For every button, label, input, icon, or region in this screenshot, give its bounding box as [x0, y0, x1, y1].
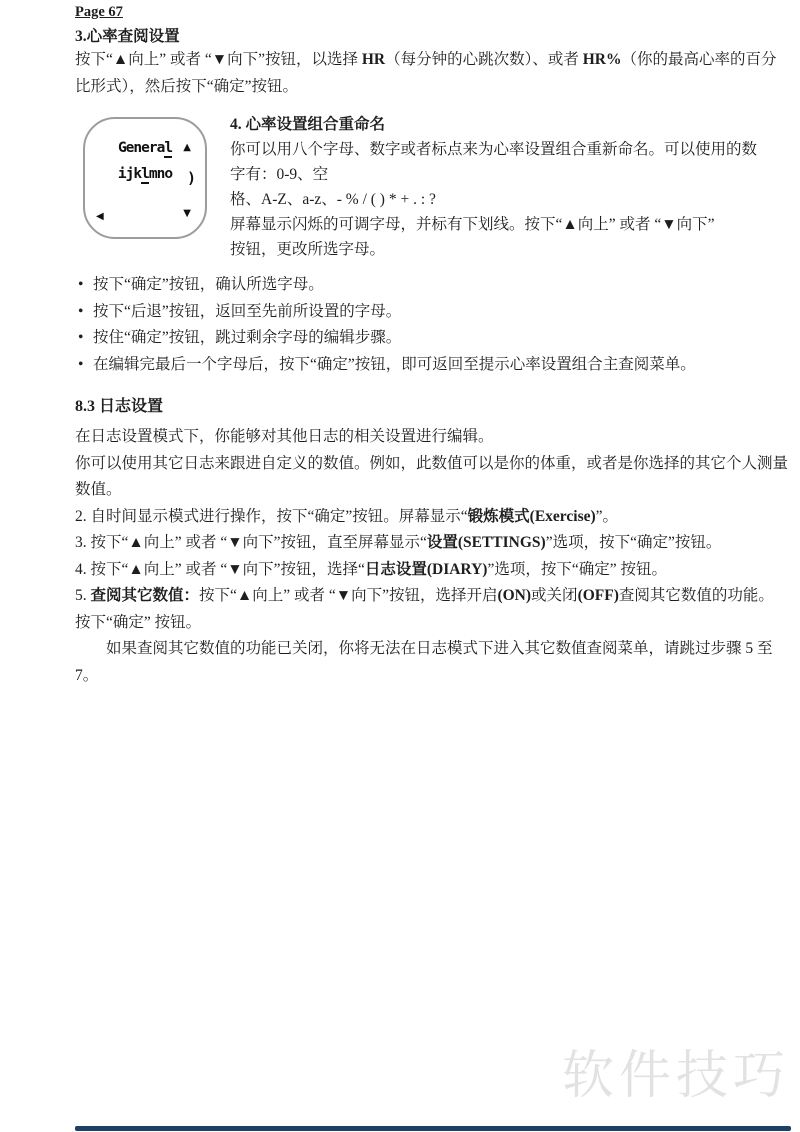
section83-paragraph-2: 你可以使用其它日志来跟进自定义的数值。例如，此数值可以是你的体重，或者是你选择的… [75, 451, 789, 504]
step-5: 5. 查阅其它数值：按下“▲向上” 或者 “▼向下”按钮，选择开启(ON)或关闭… [75, 583, 789, 636]
watch-lcd-display: General ijklmno ▲ ) ▼ ◀ [83, 117, 207, 239]
settings-term: 设置(SETTINGS) [427, 534, 546, 551]
document-page: Page 67 3.心率查阅设置 按下“▲向上” 或者 “▼向下”按钮，以选择 … [75, 3, 789, 689]
list-item: 按下“后退”按钮，返回至先前所设置的字母。 [75, 299, 789, 326]
watermark-text: 软件技巧 [562, 1048, 790, 1104]
section4-line: 格、A-Z、a-z、- % / ( ) * + . : ? [230, 187, 788, 212]
off-term: (OFF) [578, 587, 619, 604]
section3-title: 3.心率查阅设置 [75, 26, 789, 47]
hr-term: HR [362, 51, 385, 68]
step-2: 2. 自时间显示模式进行操作，按下“确定”按钮。屏幕显示“锻炼模式(Exerci… [75, 504, 789, 531]
step-3: 3. 按下“▲向上” 或者 “▼向下”按钮，直至屏幕显示“设置(SETTINGS… [75, 530, 789, 557]
exercise-mode-term: 锻炼模式(Exercise) [468, 508, 596, 525]
section4-line: 字有：0-9、空 [230, 162, 788, 187]
view-other-values-term: 查阅其它数值： [91, 587, 200, 604]
list-item: 按下“确定”按钮，确认所选字母。 [75, 272, 789, 299]
down-arrow-icon: ▼ [183, 209, 191, 219]
section4-title: 4. 心率设置组合重命名 [230, 113, 788, 137]
section3-paragraph: 按下“▲向上” 或者 “▼向下”按钮，以选择 HR（每分钟的心跳次数）、或者 H… [75, 47, 789, 100]
step-4: 4. 按下“▲向上” 或者 “▼向下”按钮，选择“日志设置(DIARY)”选项，… [75, 557, 789, 584]
selected-letter-underline: l [141, 166, 149, 184]
on-term: (ON) [497, 587, 531, 604]
section83-paragraph-1: 在日志设置模式下，你能够对其他日志的相关设置进行编辑。 [75, 424, 789, 451]
left-arrow-icon: ◀ [96, 212, 104, 222]
section4-row: General ijklmno ▲ ) ▼ ◀ 4. 心率设置组合重命名 你可以… [75, 113, 789, 262]
page-bottom-edge [75, 1126, 791, 1131]
up-arrow-icon: ▲ [183, 143, 191, 153]
section4-line: 你可以用八个字母、数字或者标点来为心率设置组合重新命名。可以使用的数 [230, 137, 788, 162]
page-number-heading: Page 67 [75, 3, 789, 21]
list-item: 按住“确定”按钮，跳过剩余字母的编辑步骤。 [75, 325, 789, 352]
selected-letter-underline: l [164, 140, 172, 158]
list-item: 在编辑完最后一个字母后，按下“确定”按钮，即可返回至提示心率设置组合主查阅菜单。 [75, 352, 789, 379]
section83-title: 8.3 日志设置 [75, 396, 789, 418]
section4-line: 屏幕显示闪烁的可调字母，并标有下划线。按下“▲向上” 或者 “▼向下” [230, 212, 788, 237]
diary-term: 日志设置(DIARY) [365, 561, 488, 578]
hr-percent-term: HR% [583, 51, 622, 68]
right-indicator-icon: ) [187, 173, 196, 183]
instruction-bullet-list: 按下“确定”按钮，确认所选字母。 按下“后退”按钮，返回至先前所设置的字母。 按… [75, 272, 789, 378]
section4-line: 按钮，更改所选字母。 [230, 237, 788, 262]
section3-text: 按下“▲向上” 或者 “▼向下”按钮，以选择 [75, 51, 362, 68]
section4-text-column: 4. 心率设置组合重命名 你可以用八个字母、数字或者标点来为心率设置组合重新命名… [230, 113, 788, 262]
note-paragraph: 如果查阅其它数值的功能已关闭，你将无法在日志模式下进入其它数值查阅菜单，请跳过步… [75, 636, 789, 689]
